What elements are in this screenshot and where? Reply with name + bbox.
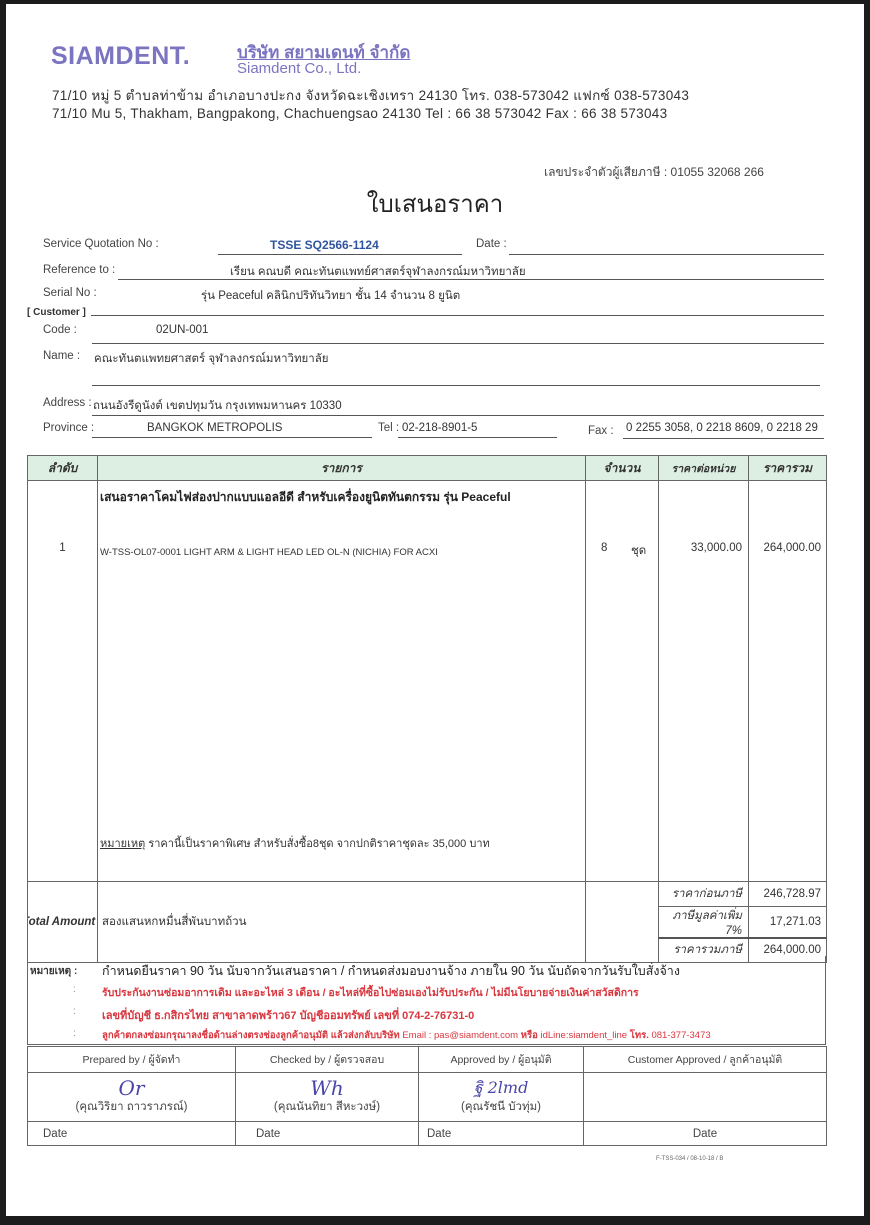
note-line-validity: กำหนดยืนราคา 90 วัน นับจากวันเสนอราคา / … [102, 961, 680, 981]
item-unit-price: 33,000.00 [659, 542, 742, 554]
quotation-no-label: Service Quotation No : [43, 238, 159, 250]
company-logo: SIAMDENT. [51, 42, 190, 71]
note-colon: : [73, 1028, 76, 1039]
quotation-page: SIAMDENT. บริษัท สยามเดนท์ จำกัด Siamden… [6, 4, 864, 1216]
company-address-th: 71/10 หมู่ 5 ตำบลท่าข้าม อำเภอบางปะกง จั… [52, 84, 689, 106]
note-line-contact: ลูกค้าตกลงซ่อมกรุณาลงชื่อด้านล่างตรงช่อง… [102, 1028, 711, 1043]
customer-name: คณะทันตแพทยศาสตร์ จุฬาลงกรณ์มหาวิทยาลัย [94, 350, 329, 368]
item-heading: เสนอราคาโคมไฟส่องปากแบบแอลอีดี สำหรับเคร… [100, 488, 585, 507]
tel-underline [398, 437, 557, 438]
province-label: Province : [43, 422, 94, 434]
prepared-by-signature: Or [29, 1078, 234, 1098]
customer-address: ถนนอังรีดูนังต์ เขตปทุมวัน กรุงเทพมหานคร… [93, 397, 342, 415]
serial-label: Serial No : [43, 287, 97, 299]
date-label: Date : [476, 238, 507, 250]
approved-by-signature: ฐิ 2lmd [420, 1078, 582, 1098]
item-remark: หมายเหตุ ราคานี้เป็นราคาพิเศษ สำหรับสั่ง… [100, 834, 490, 852]
approved-by-header: Approved by / ผู้อนุมัติ [419, 1047, 584, 1073]
customer-section-label: [ Customer ] [27, 307, 86, 318]
vat-label: ภาษีมูลค่าเพิ่ม 7% [659, 907, 749, 939]
prepared-date-label: Date [28, 1122, 236, 1146]
contact-line-id: idLine:siamdent_line [538, 1030, 630, 1041]
item-remark-label: หมายเหตุ [100, 838, 145, 850]
company-address-en: 71/10 Mu 5, Thakham, Bangpakong, Chachue… [52, 106, 667, 121]
customer-code-label: Code : [43, 324, 77, 336]
contact-email: Email : pas@siamdent.com [402, 1030, 520, 1041]
item-description: W-TSS-OL07-0001 LIGHT ARM & LIGHT HEAD L… [100, 547, 585, 558]
reference-label: Reference to : [43, 264, 115, 276]
province-underline [92, 437, 372, 438]
document-title: ใบเสนอราคา [6, 184, 864, 223]
col-header-qty: จำนวน [586, 456, 659, 481]
serial-value: รุ่น Peaceful คลินิกปริทันวิทยา ชั้น 14 … [201, 287, 460, 305]
note-colon: : [73, 1006, 76, 1017]
name-underline [92, 385, 820, 386]
total-spacer [586, 882, 659, 963]
notes-box: หมายเหตุ : กำหนดยืนราคา 90 วัน นับจากวัน… [27, 956, 826, 1045]
quotation-no-underline [218, 254, 462, 255]
customer-name-label: Name : [43, 350, 80, 362]
fax-label: Fax : [588, 425, 614, 437]
tax-id: เลขประจำตัวผู้เสียภาษี : 01055 32068 266 [544, 163, 764, 182]
customer-signature-box[interactable] [584, 1073, 827, 1122]
customer-divider [91, 315, 824, 316]
signature-header-row: Prepared by / ผู้จัดทำ Checked by / ผู้ต… [28, 1047, 827, 1073]
checked-date-label: Date [236, 1122, 419, 1146]
form-code: F-TSS-034 / 08-10-18 / B [656, 1156, 723, 1162]
subtotal-label: ราคาก่อนภาษี [659, 882, 749, 907]
tel-value: 02-218-8901-5 [402, 422, 477, 434]
signature-table: Prepared by / ผู้จัดทำ Checked by / ผู้ต… [27, 1046, 827, 1146]
contact-phone: 081-377-3473 [649, 1030, 711, 1041]
company-name-en: Siamdent Co., Ltd. [237, 60, 361, 77]
customer-code: 02UN-001 [156, 324, 208, 336]
item-no: 1 [28, 542, 97, 554]
tel-label: Tel : [378, 422, 399, 434]
date-row: Date Date Date Date [28, 1122, 827, 1146]
address-underline [92, 415, 824, 416]
col-header-unit-price: ราคาต่อหน่วย [659, 456, 749, 481]
item-qty: 8 [601, 542, 607, 554]
note-line-warranty: รับประกันงานซ่อมอาการเดิม และอะไหล่ 3 เด… [102, 984, 639, 1001]
vat-value: 17,271.03 [749, 907, 827, 939]
province-value: BANGKOK METROPOLIS [147, 422, 282, 434]
note-or: หรือ [521, 1030, 538, 1041]
checked-by-signature: Wh [237, 1078, 417, 1098]
note-tel-label: โทร. [630, 1030, 649, 1041]
date-underline [509, 254, 824, 255]
subtotal-value: 246,728.97 [749, 882, 827, 907]
items-table: ลำดับ รายการ จำนวน ราคาต่อหน่วย ราคารวม … [27, 455, 827, 963]
fax-value: 0 2255 3058, 0 2218 8609, 0 2218 29 [626, 422, 818, 434]
items-header-row: ลำดับ รายการ จำนวน ราคาต่อหน่วย ราคารวม [28, 456, 827, 481]
customer-approved-header: Customer Approved / ลูกค้าอนุมัติ [584, 1047, 827, 1073]
table-row: 1 เสนอราคาโคมไฟส่องปากแบบแอลอีดี สำหรับเ… [28, 481, 827, 882]
note-colon: : [73, 984, 76, 995]
item-remark-text: ราคานี้เป็นราคาพิเศษ สำหรับสั่งซื้อ8ชุด … [145, 838, 489, 850]
code-underline [92, 343, 824, 344]
subtotal-row: Total Amount สองแสนหกหมื่นสี่พันบาทถ้วน … [28, 882, 827, 907]
approved-date-label: Date [419, 1122, 584, 1146]
note-line-bank-account: เลขที่บัญชี ธ.กสิกรไทย สาขาลาดพร้าว67 บั… [102, 1006, 474, 1024]
item-unit: ชุด [631, 542, 646, 560]
reference-underline [118, 279, 824, 280]
quotation-no: TSSE SQ2566-1124 [270, 238, 379, 252]
checked-by-header: Checked by / ผู้ตรวจสอบ [236, 1047, 419, 1073]
col-header-total: ราคารวม [749, 456, 827, 481]
prepared-by-name: (คุณวิริยา ถาวราภรณ์) [29, 1098, 234, 1116]
prepared-by-header: Prepared by / ผู้จัดทำ [28, 1047, 236, 1073]
customer-date-label: Date [584, 1122, 827, 1146]
checked-by-name: (คุณนันทิยา สีหะวงษ์) [237, 1098, 417, 1116]
note-contact-instruction: ลูกค้าตกลงซ่อมกรุณาลงชื่อด้านล่างตรงช่อง… [102, 1030, 400, 1041]
approved-by-name: (คุณรัชนี บัวทุ่ม) [420, 1098, 582, 1116]
total-amount-label: Total Amount [28, 882, 98, 963]
signature-row: Or (คุณวิริยา ถาวราภรณ์) Wh (คุณนันทิยา … [28, 1073, 827, 1122]
col-header-description: รายการ [98, 456, 586, 481]
col-header-no: ลำดับ [28, 456, 98, 481]
amount-in-words: สองแสนหกหมื่นสี่พันบาทถ้วน [98, 882, 586, 963]
fax-underline [623, 438, 824, 439]
customer-address-label: Address : [43, 397, 92, 409]
item-total: 264,000.00 [749, 542, 821, 554]
notes-label: หมายเหตุ : [30, 964, 77, 979]
